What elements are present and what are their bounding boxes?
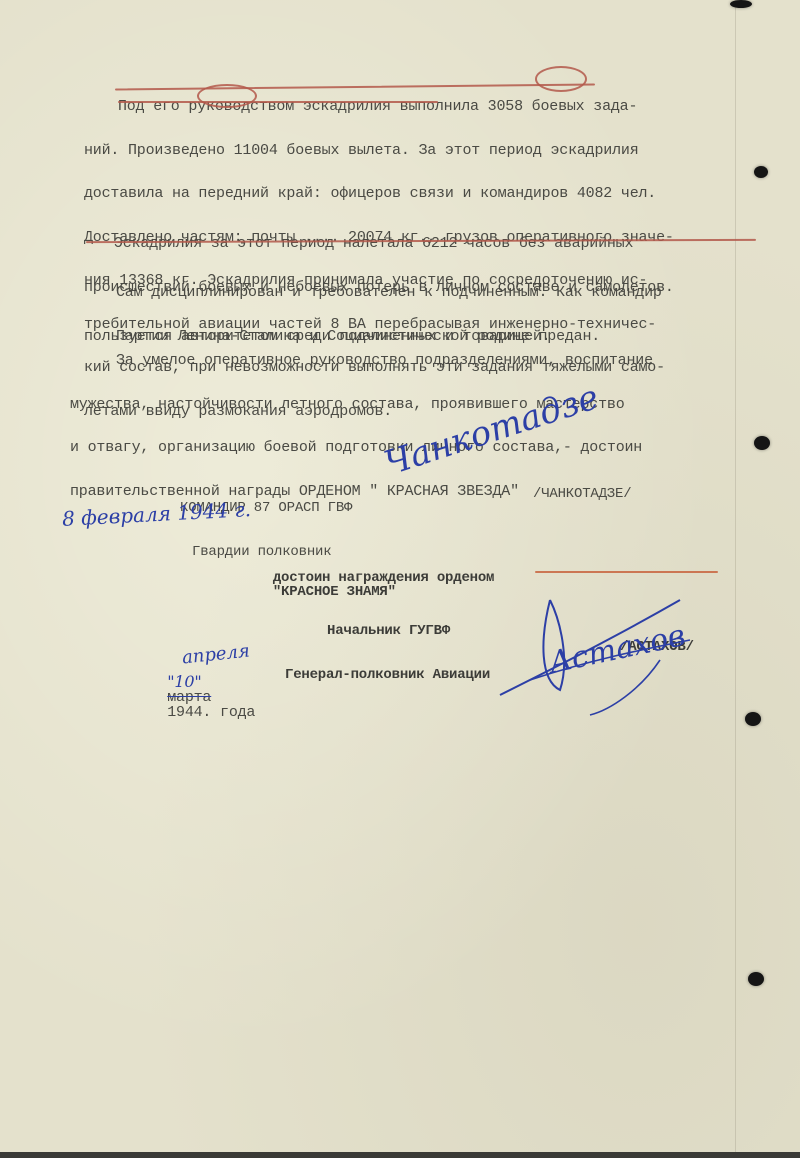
punch-hole <box>745 712 761 726</box>
red-circle-11004 <box>197 84 257 108</box>
red-circle-3058 <box>535 66 587 92</box>
commander-name: /ЧАНКОТАДЗЕ/ <box>533 487 631 502</box>
page-fold-line <box>735 0 736 1158</box>
date-month-struck: марта <box>167 689 211 706</box>
document-page: Под его руководством эскадрилия выполнил… <box>0 0 800 1158</box>
red-underline <box>118 101 438 103</box>
date-line: "10" марта 1944. года <box>132 660 255 735</box>
date-year: 1944. года <box>167 704 255 721</box>
date-day: "10" <box>167 672 201 691</box>
red-underline-award <box>535 571 718 573</box>
chief-title: Начальник ГУГВФ Генерал-полковник Авиаци… <box>285 595 490 711</box>
punch-hole <box>754 436 770 450</box>
punch-hole <box>748 972 764 986</box>
punch-hole <box>754 166 768 178</box>
punch-hole <box>730 0 752 8</box>
